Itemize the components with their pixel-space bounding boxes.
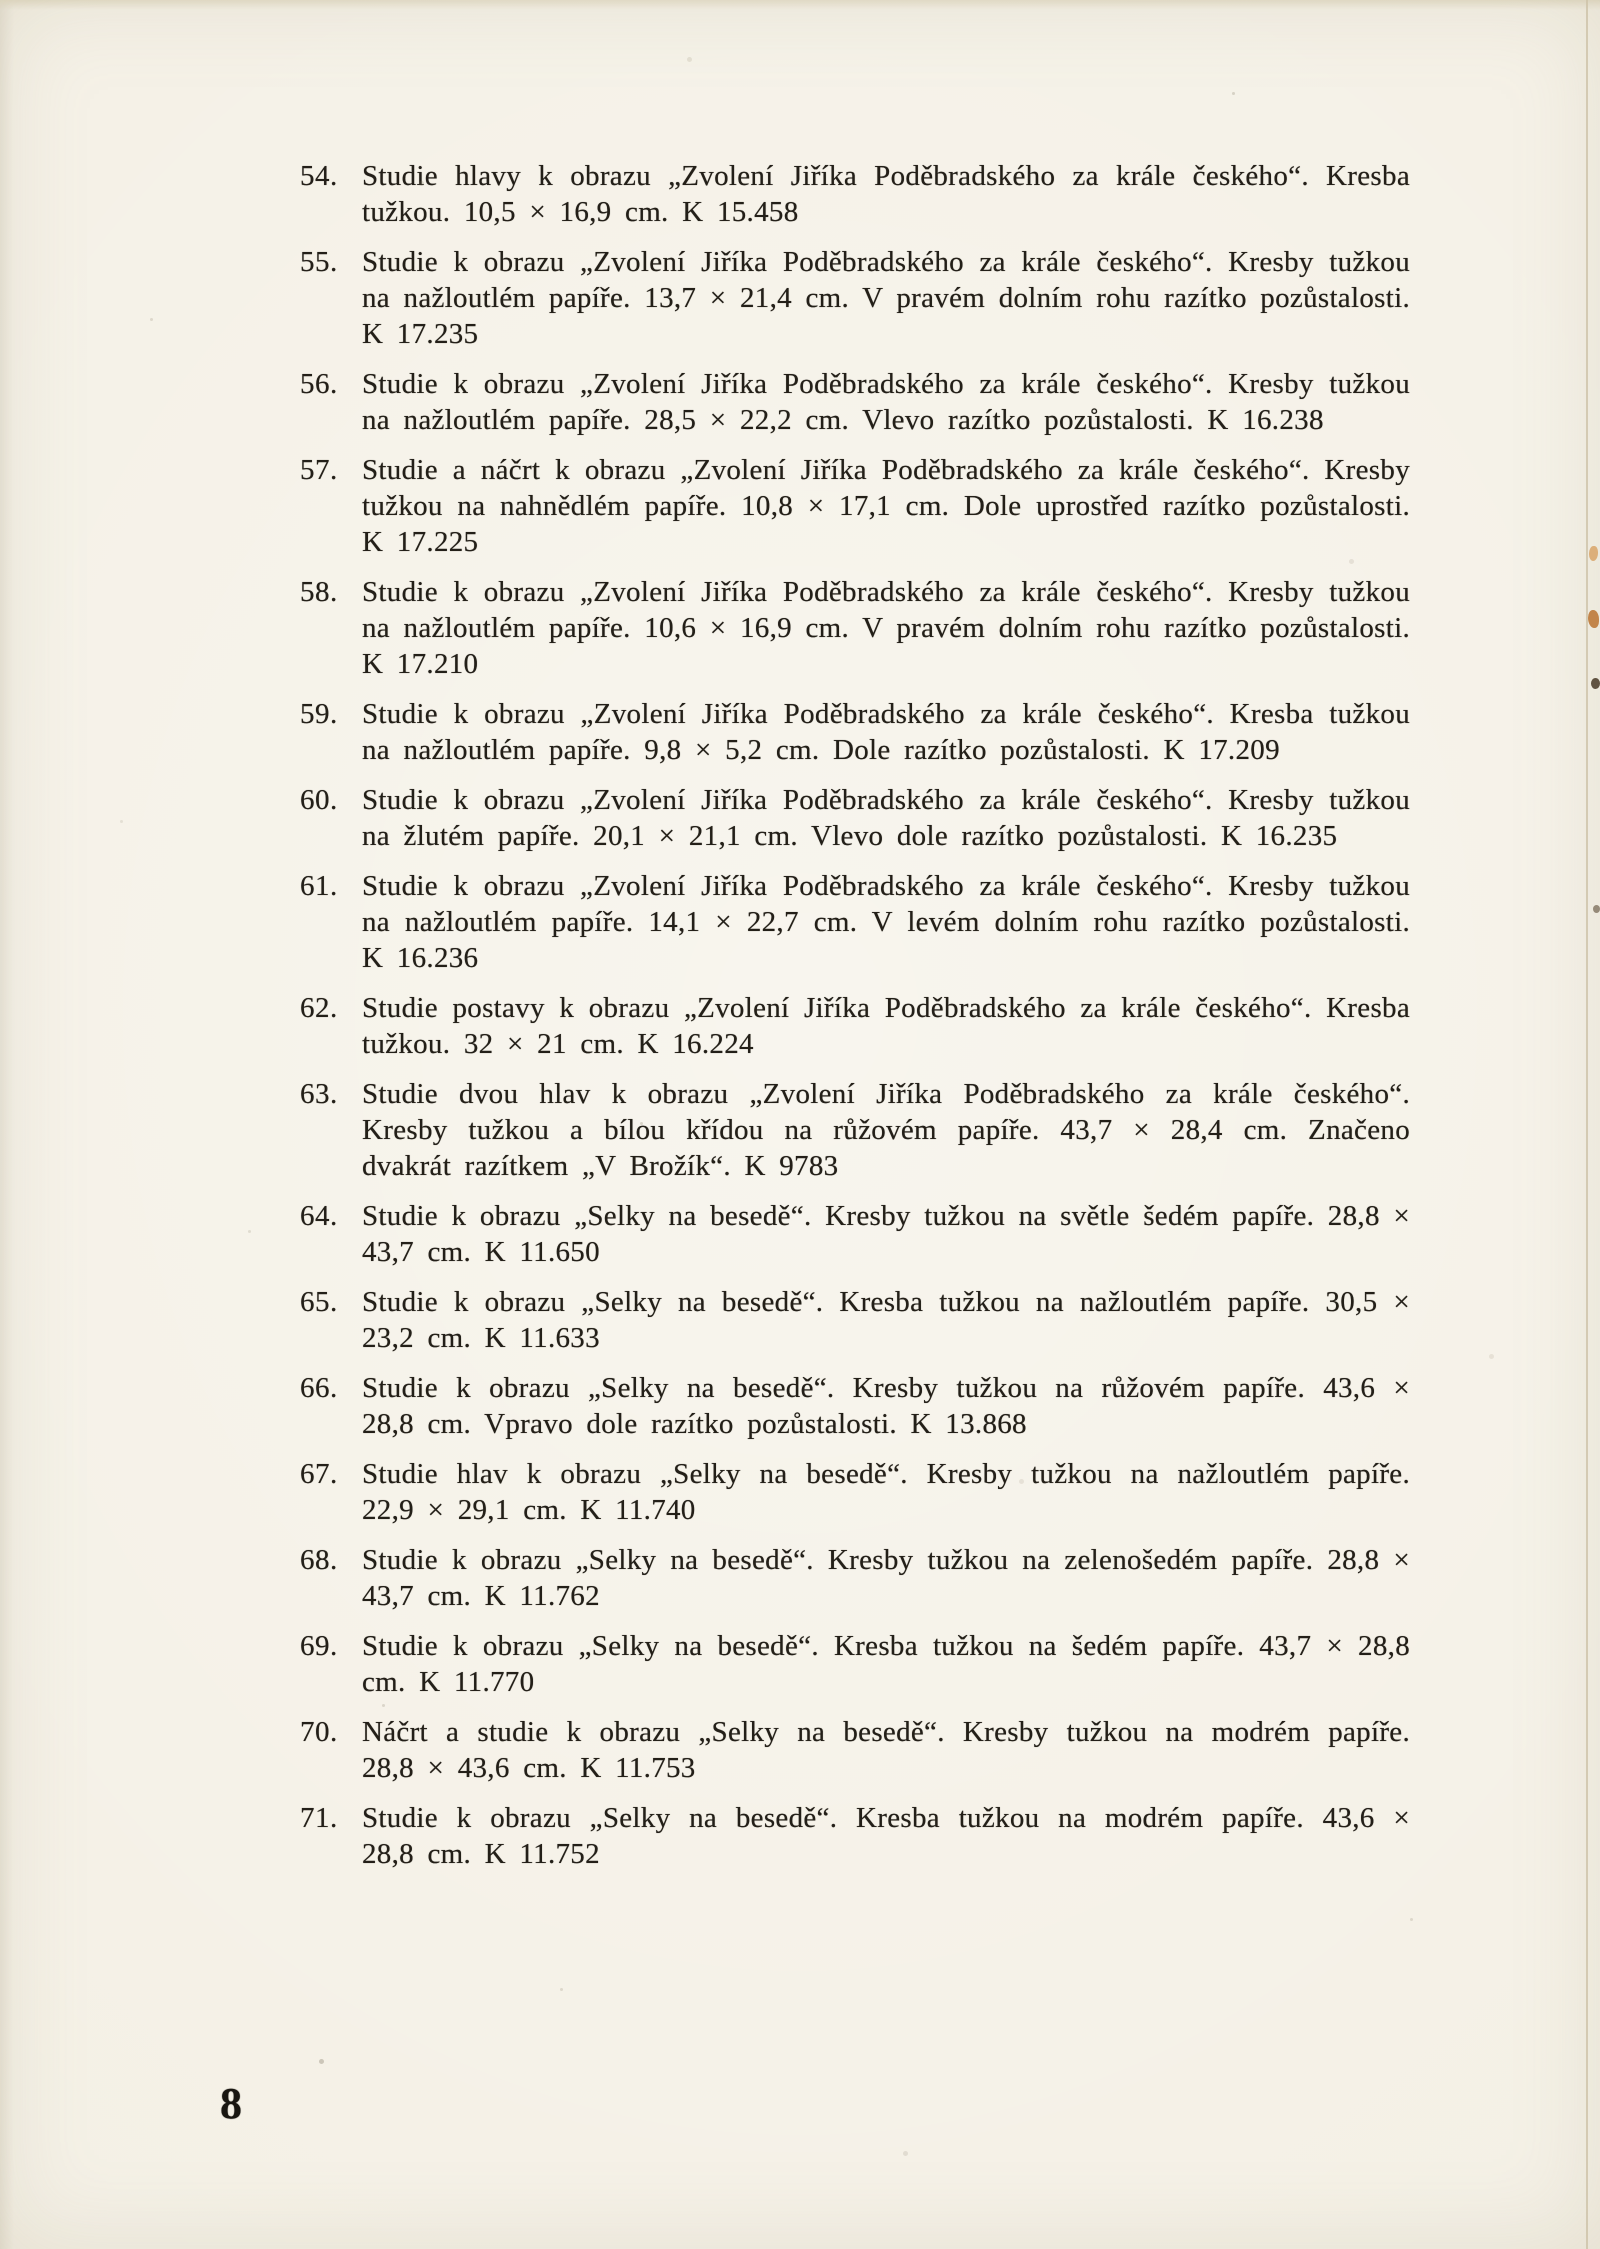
entry-text: Studie k obrazu „Zvolení Jiříka Poděbrad… xyxy=(362,870,1410,974)
catalog-entry: 62. Studie postavy k obrazu „Zvolení Jiř… xyxy=(300,990,1410,1062)
entry-number: 64. xyxy=(300,1198,338,1234)
entry-text: Studie k obrazu „Selky na besedě“. Kresb… xyxy=(362,1544,1410,1612)
paper-stain-speck xyxy=(1588,610,1599,628)
paper-noise-speckles xyxy=(0,0,3,3)
entry-number: 55. xyxy=(300,244,338,280)
entry-number: 54. xyxy=(300,158,338,194)
catalog-entry: 67. Studie hlav k obrazu „Selky na besed… xyxy=(300,1456,1410,1528)
catalog-entry: 55. Studie k obrazu „Zvolení Jiříka Podě… xyxy=(300,244,1410,352)
catalog-entry: 70. Náčrt a studie k obrazu „Selky na be… xyxy=(300,1714,1410,1786)
catalog-entry: 69. Studie k obrazu „Selky na besedě“. K… xyxy=(300,1628,1410,1700)
entry-number: 66. xyxy=(300,1370,338,1406)
entry-text: Studie k obrazu „Selky na besedě“. Kresb… xyxy=(362,1802,1410,1870)
page-edge-line xyxy=(1586,0,1588,2249)
entry-text: Studie dvou hlav k obrazu „Zvolení Jiřík… xyxy=(362,1078,1410,1182)
paper-stain-speck xyxy=(1589,546,1598,561)
entry-number: 71. xyxy=(300,1800,338,1836)
catalog-entry: 57. Studie a náčrt k obrazu „Zvolení Jiř… xyxy=(300,452,1410,560)
catalog-entry: 54. Studie hlavy k obrazu „Zvolení Jiřík… xyxy=(300,158,1410,230)
entry-number: 65. xyxy=(300,1284,338,1320)
catalog-entry: 58. Studie k obrazu „Zvolení Jiříka Podě… xyxy=(300,574,1410,682)
catalog-entry: 68. Studie k obrazu „Selky na besedě“. K… xyxy=(300,1542,1410,1614)
entry-text: Studie k obrazu „Zvolení Jiříka Poděbrad… xyxy=(362,784,1410,852)
entry-text: Studie hlavy k obrazu „Zvolení Jiříka Po… xyxy=(362,160,1410,228)
entry-number: 58. xyxy=(300,574,338,610)
entry-number: 70. xyxy=(300,1714,338,1750)
scanned-catalog-page: 54. Studie hlavy k obrazu „Zvolení Jiřík… xyxy=(0,0,1600,2249)
catalog-entry: 60. Studie k obrazu „Zvolení Jiříka Podě… xyxy=(300,782,1410,854)
entry-number: 61. xyxy=(300,868,338,904)
entry-text: Studie k obrazu „Zvolení Jiříka Poděbrad… xyxy=(362,576,1410,680)
catalog-entry-list: 54. Studie hlavy k obrazu „Zvolení Jiřík… xyxy=(300,158,1410,1886)
catalog-entry: 61. Studie k obrazu „Zvolení Jiříka Podě… xyxy=(300,868,1410,976)
entry-number: 63. xyxy=(300,1076,338,1112)
entry-number: 60. xyxy=(300,782,338,818)
entry-number: 62. xyxy=(300,990,338,1026)
entry-text: Studie a náčrt k obrazu „Zvolení Jiříka … xyxy=(362,454,1410,558)
catalog-entry: 63. Studie dvou hlav k obrazu „Zvolení J… xyxy=(300,1076,1410,1184)
entry-text: Studie k obrazu „Selky na besedě“. Kresb… xyxy=(362,1200,1410,1268)
entry-number: 57. xyxy=(300,452,338,488)
entry-text: Studie k obrazu „Zvolení Jiříka Poděbrad… xyxy=(362,698,1410,766)
entry-text: Studie k obrazu „Selky na besedě“. Kresb… xyxy=(362,1286,1410,1354)
entry-number: 59. xyxy=(300,696,338,732)
entry-text: Studie postavy k obrazu „Zvolení Jiříka … xyxy=(362,992,1410,1060)
catalog-entry: 66. Studie k obrazu „Selky na besedě“. K… xyxy=(300,1370,1410,1442)
page-number: 8 xyxy=(220,2078,242,2129)
entry-text: Studie k obrazu „Zvolení Jiříka Poděbrad… xyxy=(362,246,1410,350)
catalog-entry: 59. Studie k obrazu „Zvolení Jiříka Podě… xyxy=(300,696,1410,768)
entry-text: Studie k obrazu „Selky na besedě“. Kresb… xyxy=(362,1372,1410,1440)
paper-stain-speck xyxy=(1593,905,1600,913)
entry-number: 69. xyxy=(300,1628,338,1664)
catalog-entry: 71. Studie k obrazu „Selky na besedě“. K… xyxy=(300,1800,1410,1872)
entry-number: 67. xyxy=(300,1456,338,1492)
catalog-entry: 56. Studie k obrazu „Zvolení Jiříka Podě… xyxy=(300,366,1410,438)
entry-text: Studie k obrazu „Zvolení Jiříka Poděbrad… xyxy=(362,368,1410,436)
entry-text: Studie k obrazu „Selky na besedě“. Kresb… xyxy=(362,1630,1410,1698)
entry-number: 56. xyxy=(300,366,338,402)
entry-number: 68. xyxy=(300,1542,338,1578)
catalog-entry: 65. Studie k obrazu „Selky na besedě“. K… xyxy=(300,1284,1410,1356)
entry-text: Náčrt a studie k obrazu „Selky na besedě… xyxy=(362,1716,1410,1784)
entry-text: Studie hlav k obrazu „Selky na besedě“. … xyxy=(362,1458,1410,1526)
catalog-entry: 64. Studie k obrazu „Selky na besedě“. K… xyxy=(300,1198,1410,1270)
paper-stain-speck xyxy=(1591,678,1600,689)
